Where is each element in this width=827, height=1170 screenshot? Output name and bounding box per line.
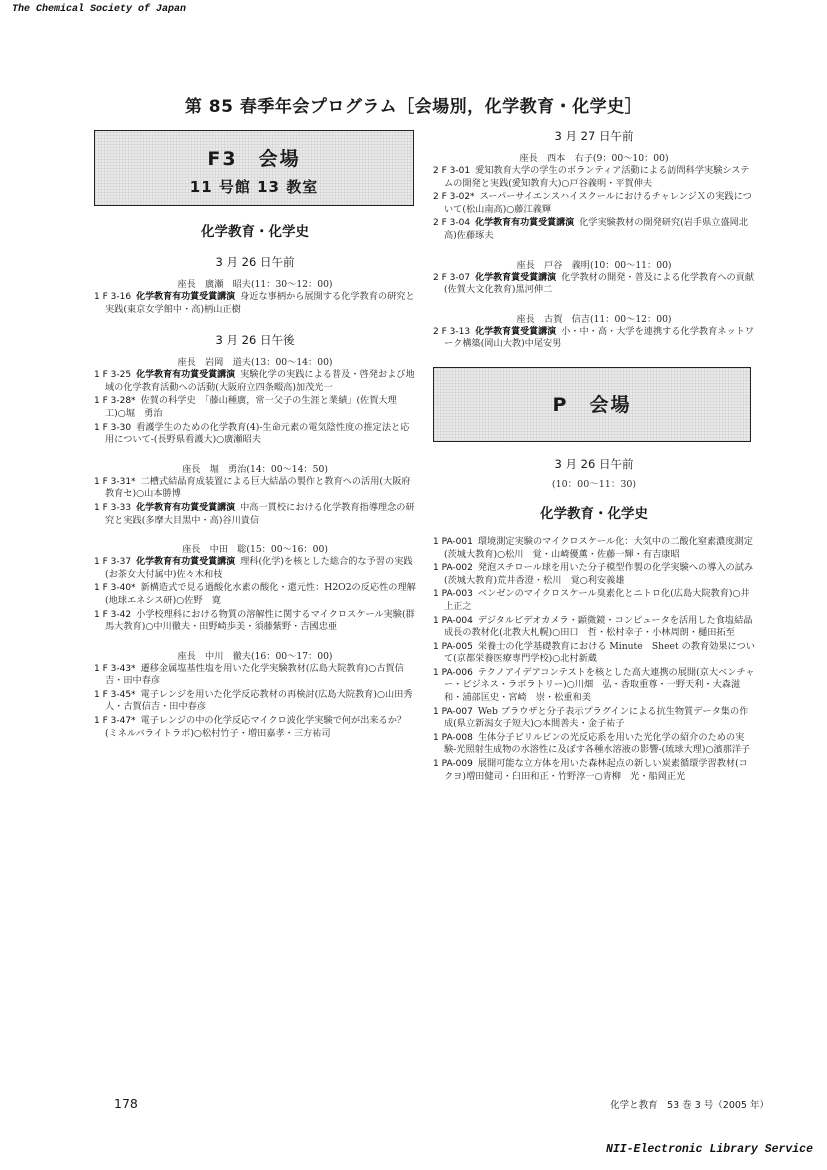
program-entry: 1 F 3-30看護学生のための化学教育(4)-生命元素の電気陰性度の推定法と応… (94, 422, 416, 447)
entry-code: 1 F 3-28* (94, 396, 136, 406)
entry-code: 1 F 3-45* (94, 690, 136, 700)
program-entry: 1 PA-008生体分子ビリルビンの光反応系を用いた光化学の紹介のための実験-光… (433, 732, 755, 757)
program-entry: 2 F 3-04化学教育有功賞受賞講演化学実験教材の開発研究(岩手県立盛岡北高)… (433, 217, 755, 242)
session-time: (10：00～11：30) (433, 476, 755, 490)
entry-code: 2 F 3-01 (433, 166, 470, 176)
entry-code: 2 F 3-02* (433, 192, 475, 202)
library-service-mark: NII-Electronic Library Service (606, 1143, 813, 1156)
entry-code: 1 F 3-42 (94, 610, 131, 620)
left-column: F3 会場 11 号館 13 教室 化学教育・化学史 3 月 26 日午前 座長… (94, 130, 416, 740)
entry-code: 1 F 3-47* (94, 716, 136, 726)
program-entry: 2 F 3-01愛知教育大学の学生のボランティア活動による訪問科学実験システムの… (433, 165, 755, 190)
program-entry: 1 F 3-33化学教育有功賞受賞講演中高一貫校における化学教育指導理念の研究と… (94, 502, 416, 527)
entry-text: 新構造式で見る過酸化水素の酸化・還元性：H2O2の反応性の理解(地球エネシス研)… (105, 582, 416, 606)
entry-text: 電子レンジを用いた化学反応教材の再検討(広島大院教育)○山田秀人・古賀信吉・田中… (105, 689, 413, 713)
entry-award: 化学教育賞受賞講演 (475, 273, 556, 283)
right-column: 3 月 27 日午前 座長 西本 右子(9：00～10：00) 2 F 3-01… (433, 128, 755, 783)
program-entry: 1 F 3-37化学教育有功賞受賞講演理科(化学)を核とした総合的な予習の実践(… (94, 556, 416, 581)
program-entry: 2 F 3-13化学教育賞受賞講演小・中・高・大学を連携する化学教育ネットワーク… (433, 326, 755, 351)
entry-text: 電子レンジの中の化学反応マイクロ波化学実験で何が出来るか？(ミネルバライトラボ)… (105, 715, 406, 739)
entry-code: 1 PA-002 (433, 563, 473, 573)
page-title: 第 85 春季年会プログラム［会場別，化学教育・化学史］ (0, 92, 827, 117)
chair-line: 座長 戸谷 義明(10：00～11：00) (433, 257, 755, 271)
entry-code: 1 PA-004 (433, 616, 473, 626)
entry-code: 1 F 3-37 (94, 557, 131, 567)
section-title: 化学教育・化学史 (433, 502, 755, 522)
entry-code: 1 F 3-33 (94, 503, 131, 513)
entry-text: 愛知教育大学の学生のボランティア活動による訪問科学実験システムの開発と実践(愛知… (444, 165, 750, 189)
page-number: 178 (114, 1096, 138, 1111)
program-entry: 1 F 3-28*佐賀の科学史 「藤山種廣，常一父子の生涯と業績」(佐賀大理工)… (94, 395, 416, 420)
program-entry: 2 F 3-02*スーパーサイエンスハイスクールにおけるチャレンジＸの実践につい… (433, 191, 755, 216)
entry-code: 1 PA-003 (433, 589, 473, 599)
venue-box-p: P 会場 (433, 367, 751, 442)
chair-line: 座長 廣瀬 昭夫(11：30～12：00) (94, 276, 416, 290)
entry-code: 2 F 3-07 (433, 273, 470, 283)
program-entry: 1 F 3-31*二槽式結晶育成装置による巨大結晶の製作と教育への活用(大阪府教… (94, 476, 416, 501)
program-entry: 1 PA-006テクノアイデアコンテストを核とした高大連携の展開(京大ベンチャー… (433, 667, 755, 705)
entry-code: 1 PA-006 (433, 668, 473, 678)
entry-text: 小学校理科における物質の溶解性に関するマイクロスケール実験(群馬大教育)○中川徹… (105, 609, 415, 633)
entry-code: 1 F 3-31* (94, 477, 136, 487)
entry-award: 化学教育有功賞受賞講演 (136, 292, 235, 302)
entry-text: 環境測定実験のマイクロスケール化：大気中の二酸化窒素濃度測定(茨城大教育)○松川… (444, 536, 753, 560)
entry-code: 2 F 3-04 (433, 218, 470, 228)
session-date: 3 月 26 日午後 (94, 332, 416, 348)
entry-code: 1 PA-007 (433, 707, 473, 717)
entry-text: 遷移金属塩基性塩を用いた化学実験教材(広島大院教育)○古賀信吉・田中春彦 (105, 663, 404, 687)
program-entry: 1 PA-003ベンゼンのマイクロスケール臭素化とニトロ化(広島大院教育)○井上… (433, 588, 755, 613)
program-entry: 1 PA-009展開可能な立方体を用いた森林起点の新しい炭素循環学習教材(コクヨ… (433, 758, 755, 783)
session-date: 3 月 26 日午前 (94, 254, 416, 270)
venue-name: P 会場 (434, 368, 750, 417)
entry-code: 1 F 3-16 (94, 292, 131, 302)
journal-citation: 化学と教育 53 巻 3 号（2005 年） (610, 1097, 769, 1111)
program-entry: 1 F 3-40*新構造式で見る過酸化水素の酸化・還元性：H2O2の反応性の理解… (94, 582, 416, 607)
entry-text: テクノアイデアコンテストを核とした高大連携の展開(京大ベンチャー・ビジネス・ラボ… (444, 667, 755, 703)
chair-line: 座長 古賀 信吉(11：00～12：00) (433, 311, 755, 325)
entry-code: 2 F 3-13 (433, 327, 470, 337)
entry-code: 1 PA-001 (433, 537, 473, 547)
entry-code: 1 F 3-40* (94, 583, 136, 593)
entry-code: 1 PA-009 (433, 759, 473, 769)
entry-text: 看護学生のための化学教育(4)-生命元素の電気陰性度の推定法と応用について-(長… (105, 422, 409, 446)
entry-text: 発泡スチロール球を用いた分子模型作製の化学実験への導入の試み(茨城大教育)荒井香… (444, 562, 753, 586)
entry-code: 1 F 3-30 (94, 423, 131, 433)
venue-room: 11 号館 13 教室 (95, 176, 413, 197)
session-date: 3 月 26 日午前 (433, 456, 755, 472)
session-date: 3 月 27 日午前 (433, 128, 755, 144)
entry-award: 化学教育有功賞受賞講演 (136, 503, 235, 513)
entry-text: 二槽式結晶育成装置による巨大結晶の製作と教育への活用(大阪府教育セ)○山本勝博 (105, 476, 411, 500)
entry-award: 化学教育有功賞受賞講演 (475, 218, 574, 228)
entry-text: 栄養士の化学基礎教育における Minute Sheet の教育効果について(京都… (444, 641, 755, 665)
chair-line: 座長 岩岡 道夫(13：00～14：00) (94, 354, 416, 368)
entry-text: 生体分子ビリルビンの光反応系を用いた光化学の紹介のための実験-光照射生成物の水溶… (444, 732, 750, 756)
chair-line: 座長 中川 徹夫(16：00～17：00) (94, 648, 416, 662)
chair-line: 座長 西本 右子(9：00～10：00) (433, 150, 755, 164)
entry-text: スーパーサイエンスハイスクールにおけるチャレンジＸの実践について(松山南高)○藤… (444, 191, 752, 215)
program-entry: 1 PA-002発泡スチロール球を用いた分子模型作製の化学実験への導入の試み(茨… (433, 562, 755, 587)
program-entry: 1 F 3-25化学教育有功賞受賞講演実験化学の実践による普及・啓発および地域の… (94, 369, 416, 394)
entry-code: 1 F 3-43* (94, 664, 136, 674)
program-entry: 1 PA-004デジタルビデオカメラ・顕微鏡・コンピュータを活用した食塩結晶成長… (433, 615, 755, 640)
program-entry: 1 F 3-43*遷移金属塩基性塩を用いた化学実験教材(広島大院教育)○古賀信吉… (94, 663, 416, 688)
program-entry: 2 F 3-07化学教育賞受賞講演化学教材の開発・普及による化学教育への貢献(佐… (433, 272, 755, 297)
program-entry: 1 PA-007Web ブラウザと分子表示プラグインによる抗生物質データ集の作成… (433, 706, 755, 731)
chair-line: 座長 中田 聡(15：00～16：00) (94, 541, 416, 555)
entry-code: 1 PA-008 (433, 733, 473, 743)
entry-text: Web ブラウザと分子表示プラグインによる抗生物質データ集の作成(県立新潟女子短… (444, 706, 748, 730)
program-entry: 1 PA-001環境測定実験のマイクロスケール化：大気中の二酸化窒素濃度測定(茨… (433, 536, 755, 561)
entry-text: 佐賀の科学史 「藤山種廣，常一父子の生涯と業績」(佐賀大理工)○堀 勇治 (105, 395, 397, 419)
section-title: 化学教育・化学史 (94, 220, 416, 240)
entry-text: デジタルビデオカメラ・顕微鏡・コンピュータを活用した食塩結晶成長の教材化(北教大… (444, 615, 752, 639)
program-entry: 1 F 3-45*電子レンジを用いた化学反応教材の再検討(広島大院教育)○山田秀… (94, 689, 416, 714)
entry-text: 展開可能な立方体を用いた森林起点の新しい炭素循環学習教材(コクヨ)増田健司・臼田… (444, 758, 748, 782)
entry-award: 化学教育賞受賞講演 (475, 327, 556, 337)
venue-box-f3: F3 会場 11 号館 13 教室 (94, 130, 414, 206)
entry-code: 1 PA-005 (433, 642, 473, 652)
publisher-mark: The Chemical Society of Japan (12, 4, 186, 15)
venue-name: F3 会場 (95, 131, 413, 171)
program-entry: 1 PA-005栄養士の化学基礎教育における Minute Sheet の教育効… (433, 641, 755, 666)
entry-award: 化学教育有功賞受賞講演 (136, 370, 235, 380)
program-entry: 1 F 3-47*電子レンジの中の化学反応マイクロ波化学実験で何が出来るか？(ミ… (94, 715, 416, 740)
entry-award: 化学教育有功賞受賞講演 (136, 557, 235, 567)
program-entry: 1 F 3-42小学校理科における物質の溶解性に関するマイクロスケール実験(群馬… (94, 609, 416, 634)
program-entry: 1 F 3-16化学教育有功賞受賞講演身近な事柄から展開する化学教育の研究と実践… (94, 291, 416, 316)
entry-text: ベンゼンのマイクロスケール臭素化とニトロ化(広島大院教育)○井上正之 (444, 588, 750, 612)
entry-code: 1 F 3-25 (94, 370, 131, 380)
chair-line: 座長 堀 勇治(14：00～14：50) (94, 461, 416, 475)
